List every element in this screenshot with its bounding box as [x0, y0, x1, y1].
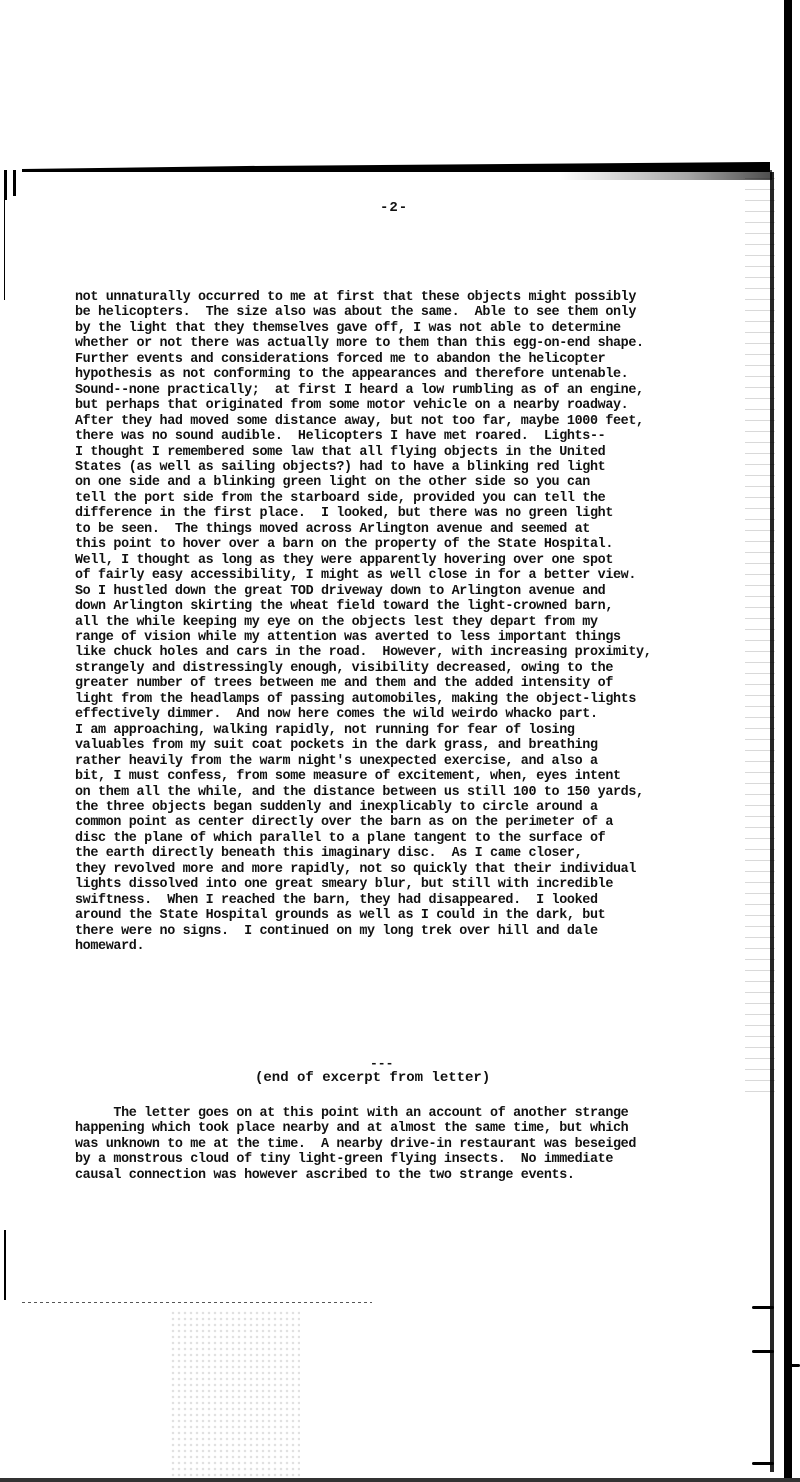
text-line: causal connection was however ascribed t… [75, 1168, 775, 1183]
text-line: range of vision while my attention was a… [75, 630, 775, 645]
text-line: Sound--none practically; at first I hear… [75, 383, 775, 398]
text-line: valuables from my suit coat pockets in t… [75, 738, 775, 753]
page-bottom-edge [0, 1478, 800, 1482]
scan-noise [170, 1310, 300, 1480]
text-line: effectively dimmer. And now here comes t… [75, 707, 775, 722]
edge-tick [752, 1306, 774, 1309]
left-margin-mark [4, 1230, 6, 1300]
text-line: After they had moved some distance away,… [75, 414, 775, 429]
text-line: around the State Hospital grounds as wel… [75, 908, 775, 923]
text-line: they revolved more and more rapidly, not… [75, 862, 775, 877]
text-line: Well, I thought as long as they were app… [75, 553, 775, 568]
text-line: happening which took place nearby and at… [75, 1121, 775, 1136]
text-line: I thought I remembered some law that all… [75, 445, 775, 460]
text-line: not unnaturally occurred to me at first … [75, 290, 775, 305]
text-line: of fairly easy accessibility, I might as… [75, 568, 775, 583]
page-corner-shadow [560, 170, 772, 180]
text-line: by the light that they themselves gave o… [75, 321, 775, 336]
section-separator: --- [370, 1056, 393, 1071]
text-line: whether or not there was actually more t… [75, 336, 775, 351]
text-line: strangely and distressingly enough, visi… [75, 661, 775, 676]
letter-excerpt: not unnaturally occurred to me at first … [75, 290, 775, 954]
text-line: down Arlington skirting the wheat field … [75, 599, 775, 614]
left-margin-mark [4, 170, 7, 200]
text-line: hypothesis as not conforming to the appe… [75, 367, 775, 382]
text-line: Further events and considerations forced… [75, 352, 775, 367]
text-line: on them all the while, and the distance … [75, 785, 775, 800]
text-line: common point as center directly over the… [75, 815, 775, 830]
text-line: be helicopters. The size also was about … [75, 305, 775, 320]
bottom-fold-line [22, 1302, 372, 1303]
text-line: I am approaching, walking rapidly, not r… [75, 723, 775, 738]
text-line: the earth directly beneath this imaginar… [75, 846, 775, 861]
page-number: -2- [380, 200, 408, 216]
scanner-right-border [784, 0, 792, 1482]
left-margin-mark [4, 200, 5, 300]
text-line: disc the plane of which parallel to a pl… [75, 831, 775, 846]
text-line: but perhaps that originated from some mo… [75, 398, 775, 413]
text-line: by a monstrous cloud of tiny light-green… [75, 1152, 775, 1167]
closing-paragraph: The letter goes on at this point with an… [75, 1106, 775, 1183]
text-line: rather heavily from the warm night's une… [75, 754, 775, 769]
text-line: So I hustled down the great TOD driveway… [75, 584, 775, 599]
text-line: bit, I must confess, from some measure o… [75, 769, 775, 784]
edge-tick [752, 1462, 774, 1465]
text-line: lights dissolved into one great smeary b… [75, 877, 775, 892]
text-line: like chuck holes and cars in the road. H… [75, 645, 775, 660]
text-line: States (as well as sailing objects?) had… [75, 460, 775, 475]
text-line: difference in the first place. I looked,… [75, 506, 775, 521]
text-line: there were no signs. I continued on my l… [75, 924, 775, 939]
text-line: homeward. [75, 939, 775, 954]
text-line: on one side and a blinking green light o… [75, 475, 775, 490]
text-line: swiftness. When I reached the barn, they… [75, 893, 775, 908]
text-line: all the while keeping my eye on the obje… [75, 615, 775, 630]
text-line: light from the headlamps of passing auto… [75, 692, 775, 707]
end-of-excerpt-note: (end of excerpt from letter) [255, 1070, 490, 1086]
edge-tick [752, 1350, 774, 1353]
edge-tick [790, 1364, 800, 1367]
left-margin-mark [13, 170, 16, 196]
text-line: the three objects began suddenly and ine… [75, 800, 775, 815]
text-line: to be seen. The things moved across Arli… [75, 522, 775, 537]
text-line: greater number of trees between me and t… [75, 676, 775, 691]
text-line: tell the port side from the starboard si… [75, 491, 775, 506]
text-line: was unknown to me at the time. A nearby … [75, 1137, 775, 1152]
text-line: The letter goes on at this point with an… [75, 1106, 775, 1121]
text-line: there was no sound audible. Helicopters … [75, 429, 775, 444]
text-line: this point to hover over a barn on the p… [75, 537, 775, 552]
